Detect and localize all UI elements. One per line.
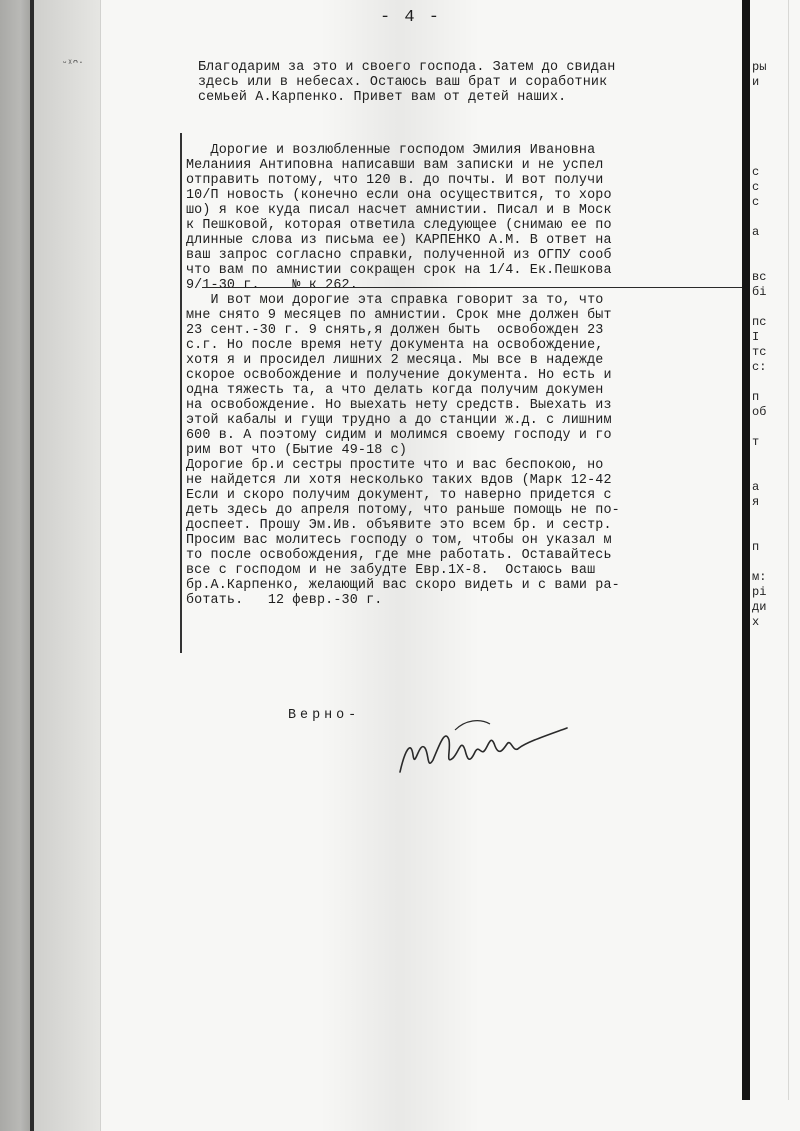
text-line: бі [752, 285, 792, 300]
text-line: деть здесь до апреля потому, что раньше … [186, 503, 746, 518]
text-line [752, 420, 792, 435]
text-line: не найдется ли хотя несколько таких вдов… [186, 473, 746, 488]
text-line: ботать. 12 февр.-30 г. [186, 593, 746, 608]
text-line: с [752, 195, 792, 210]
text-line: Меланиия Антиповна написавши вам записки… [186, 158, 746, 173]
text-line: доспеет. Прошу Эм.Ив. объявите это всем … [186, 518, 746, 533]
text-line: с.г. Но после время нету документа на ос… [186, 338, 746, 353]
text-line: об [752, 405, 792, 420]
text-line [752, 240, 792, 255]
text-line: все с господом и не забудте Евр.1Х-8. Ос… [186, 563, 746, 578]
text-line: Благодарим за это и своего господа. Зате… [198, 60, 744, 75]
text-line: ди [752, 600, 792, 615]
text-line: ры [752, 60, 792, 75]
text-line: то после освобождения, где мне работать.… [186, 548, 746, 563]
text-line: к Пешковой, которая ответила следующее (… [186, 218, 746, 233]
text-line: длинные слова из письма ее) КАРПЕНКО А.М… [186, 233, 746, 248]
signature [395, 710, 575, 780]
text-line: рим вот что (Бытие 49-18 с) [186, 443, 746, 458]
text-line [752, 450, 792, 465]
text-line: бр.А.Карпенко, желающий вас скоро видеть… [186, 578, 746, 593]
text-line [752, 510, 792, 525]
text-line: и [752, 75, 792, 90]
text-line: скорое освобождение и получение документ… [186, 368, 746, 383]
text-line: шо) я кое куда писал насчет амнистии. Пи… [186, 203, 746, 218]
text-line: вс [752, 270, 792, 285]
text-line: ваш запрос согласно справки, полученной … [186, 248, 746, 263]
text-line: п [752, 540, 792, 555]
text-line: этой кабалы и гущи трудно а до станции ж… [186, 413, 746, 428]
text-line: 600 в. А поэтому сидим и молимся своему … [186, 428, 746, 443]
text-line [752, 90, 792, 105]
text-line: пс [752, 315, 792, 330]
text-line: мне снято 9 месяцев по амнистии. Срок мн… [186, 308, 746, 323]
text-line [752, 120, 792, 135]
scan-shadow [34, 0, 100, 1131]
text-line [752, 150, 792, 165]
text-line [752, 555, 792, 570]
text-line [752, 210, 792, 225]
text-line: с: [752, 360, 792, 375]
text-line: отправить потому, что 120 в. до почты. И… [186, 173, 746, 188]
text-line: что вам по амнистии сокращен срок на 1/4… [186, 263, 746, 278]
page-number: - 4 - [380, 8, 441, 27]
text-line [752, 135, 792, 150]
text-line: а [752, 225, 792, 240]
text-line: с [752, 180, 792, 195]
text-line: на освобождение. Но выехать нету средств… [186, 398, 746, 413]
text-line: 10/П новость (конечно если она осуществи… [186, 188, 746, 203]
intro-paragraph: Благодарим за это и своего господа. Зате… [198, 60, 744, 105]
text-line: І [752, 330, 792, 345]
text-line: 23 сент.-30 г. 9 снять,я должен быть осв… [186, 323, 746, 338]
text-line: семьей А.Карпенко. Привет вам от детей н… [198, 90, 744, 105]
text-line: хотя я и просидел лишних 2 месяца. Мы вс… [186, 353, 746, 368]
text-line [752, 525, 792, 540]
text-line: м: [752, 570, 792, 585]
text-line [752, 105, 792, 120]
scan-dark-margin [0, 0, 34, 1131]
text-line: тс [752, 345, 792, 360]
text-line: х [752, 615, 792, 630]
text-line: одна тяжесть та, а что делать когда полу… [186, 383, 746, 398]
text-line: Если и скоро получим документ, то наверн… [186, 488, 746, 503]
text-line: я [752, 495, 792, 510]
certified-label: Верно- [288, 708, 360, 723]
text-line [752, 255, 792, 270]
text-line: Дорогие бр.и сестры простите что и вас б… [186, 458, 746, 473]
text-line: Дорогие и возлюбленные господом Эмилия И… [186, 143, 746, 158]
text-line: Просим вас молитесь господу о том, чтобы… [186, 533, 746, 548]
text-line [752, 300, 792, 315]
stray-mark: ᵕᵡᴖ· [62, 58, 84, 68]
text-line: т [752, 435, 792, 450]
adjacent-page-text: рыисссавсбіпсІтсс:побтаяпм:рідих [752, 60, 792, 630]
text-line: И вот мои дорогие эта справка говорит за… [186, 293, 746, 308]
text-line: 9/1-30 г. № к 262. [186, 278, 746, 293]
text-line [752, 465, 792, 480]
text-line: с [752, 165, 792, 180]
text-line: рі [752, 585, 792, 600]
text-line [752, 375, 792, 390]
text-line: а [752, 480, 792, 495]
text-line: п [752, 390, 792, 405]
scan-faint-line [100, 0, 101, 1131]
underline-rule [202, 287, 742, 288]
text-line: здесь или в небесах. Остаюсь ваш брат и … [198, 75, 744, 90]
main-letter-body: Дорогие и возлюбленные господом Эмилия И… [186, 143, 746, 608]
pasted-slip-edge [180, 133, 182, 653]
